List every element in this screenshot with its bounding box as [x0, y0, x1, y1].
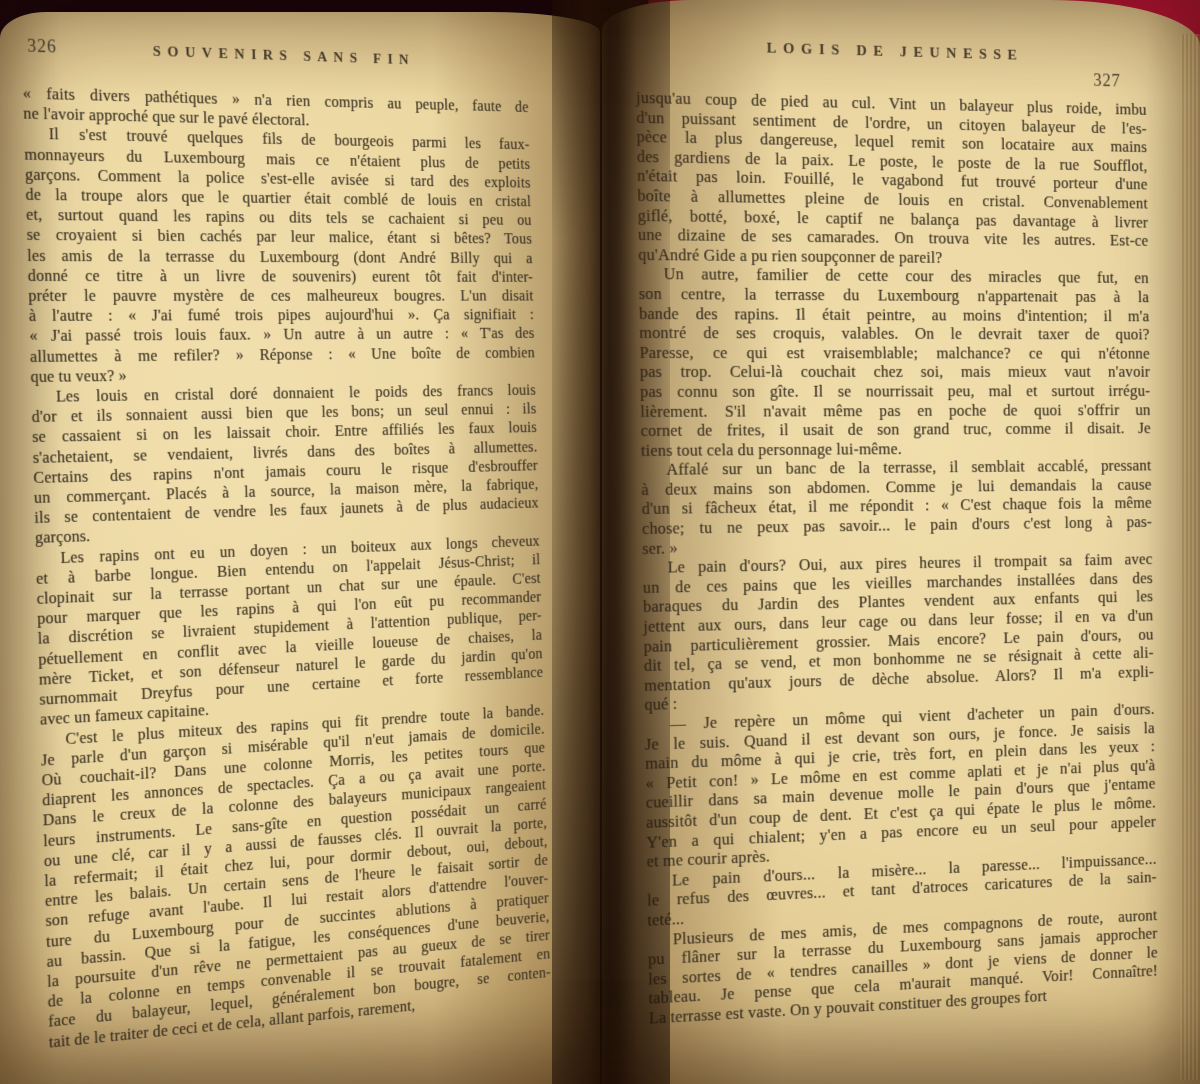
- book-photo: 326 SOUVENIRS SANS FIN « faits divers pa…: [0, 0, 1200, 1084]
- page-left-header: 326 SOUVENIRS SANS FIN: [27, 36, 528, 73]
- text-line: pas trop. Celui-là couchait chez soi, ma…: [640, 362, 1151, 382]
- text-line: à l'autre : « J'ai fumé trois pipes aujo…: [29, 305, 535, 326]
- page-left: 326 SOUVENIRS SANS FIN « faits divers pa…: [0, 12, 600, 1084]
- running-title-right: LOGIS DE JEUNESSE: [766, 41, 1023, 64]
- page-number-left: 326: [27, 36, 96, 59]
- right-page-text: jusqu'au coup de pied au cul. Vint un ba…: [636, 88, 1158, 1028]
- text-line: donné ce titre à un livre de souvenirs) …: [27, 266, 533, 287]
- text-line: lièrement. S'il n'avait même pas en poch…: [640, 400, 1150, 421]
- page-right: LOGIS DE JEUNESSE 327 jusqu'au coup de p…: [602, 0, 1200, 1084]
- text-line: bande des rapins. Il était peintre, au m…: [639, 303, 1150, 325]
- text-line: préter le pauvre mystère de ces malheure…: [28, 286, 534, 306]
- page-right-content: LOGIS DE JEUNESSE 327 jusqu'au coup de p…: [635, 36, 1158, 1028]
- text-line: pas connu son gîte. Il se nourrissait pe…: [640, 381, 1150, 401]
- page-left-content: 326 SOUVENIRS SANS FIN « faits divers pa…: [21, 35, 551, 1052]
- text-line: Paresse, ce qui est vraisemblable; malch…: [639, 343, 1150, 363]
- running-title-left: SOUVENIRS SANS FIN: [96, 42, 528, 73]
- text-line: se croyaient si bien cachés par leur mal…: [26, 225, 532, 249]
- text-line: cornet de frites, il usait de son grand …: [640, 419, 1150, 441]
- left-page-text: « faits divers pathétiques » n'a rien co…: [22, 84, 551, 1053]
- text-line: son centre, la terrasse du Luxembourg n'…: [639, 284, 1150, 307]
- text-line: les amis de la terrasse du Luxembourg (d…: [27, 245, 533, 267]
- text-line: montré de ses croquis, valables. On le d…: [639, 323, 1150, 344]
